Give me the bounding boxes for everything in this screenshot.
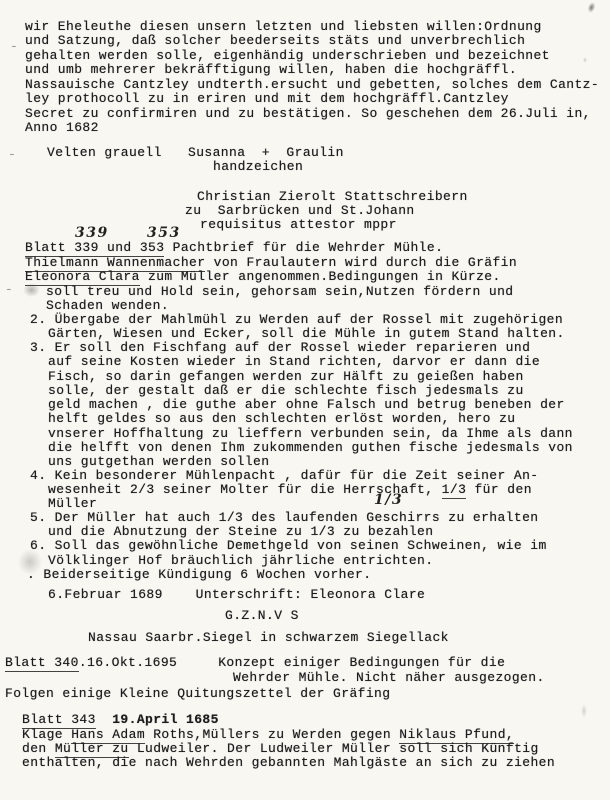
typed-line: G.Z.N.V S bbox=[225, 609, 299, 622]
typed-line: Wehrder Mühle. Nicht näher ausgezogen. bbox=[233, 671, 545, 684]
typed-line: den Müller zu Ludweiler. Der Ludweiler M… bbox=[22, 742, 539, 755]
text-segment: die helfft von denen Ihm zukommenden gut… bbox=[48, 440, 573, 455]
text-segment: requisitus attestor mppr bbox=[200, 217, 397, 232]
typed-line: Anno 1682 bbox=[25, 121, 99, 134]
text-segment: Anno 1682 bbox=[25, 120, 99, 135]
underlined-text: Blatt 340 bbox=[5, 655, 79, 672]
typed-line: zu Sarbrücken und St.Johann bbox=[185, 204, 415, 217]
text-segment: 2. Übergabe der Mahlmühl zu Werden auf d… bbox=[30, 312, 563, 327]
typed-line: und die Abnutzung der Steine zu 1/3 zu b… bbox=[48, 525, 433, 538]
text-segment: soll treu und Hold sein, gehorsam sein,N… bbox=[46, 284, 513, 299]
typed-line: 5. Der Müller hat auch 1/3 des laufenden… bbox=[30, 511, 538, 524]
text-segment: Völklinger Hof bräuchlich jährliche entr… bbox=[48, 553, 433, 568]
text-segment: geld machen , die guthe aber ohne Falsch… bbox=[48, 397, 565, 412]
text-segment: Ludweiler. Der Ludweiler Müller soll sic… bbox=[129, 741, 539, 756]
text-segment: Gärten, Wiesen und Ecker, soll die Mühle… bbox=[48, 326, 565, 341]
text-segment: Secret zu confirmiren und zu bestätigen.… bbox=[25, 106, 591, 121]
text-segment: solle, der gestalt daß er die schlechte … bbox=[48, 383, 524, 398]
text-segment: Velten grauell bbox=[47, 145, 162, 160]
typed-line: vnserer Hoffhaltung zu lieffern verbunde… bbox=[48, 427, 573, 440]
text-segment: 4. Kein besonderer Mühlenpacht , dafür f… bbox=[30, 468, 538, 483]
typed-line: Blatt 340.16.Okt.1695 Konzept einiger Be… bbox=[5, 656, 505, 669]
handwritten-text: 339 bbox=[75, 225, 109, 241]
text-segment: - bbox=[10, 39, 18, 54]
text-segment: Nassauische Cantzley undterth.ersucht un… bbox=[25, 77, 599, 92]
underlined-text: 1/3 bbox=[442, 482, 467, 499]
text-segment: Fisch, so darin gefangen werden zur Hälf… bbox=[48, 369, 524, 384]
text-segment: - bbox=[8, 147, 16, 162]
text-segment: uns gutgethan werden sollen bbox=[48, 454, 269, 469]
handwritten-text: 1/3 bbox=[374, 492, 403, 508]
text-segment: Pachtbrief für die Wehrder Mühle. bbox=[164, 240, 443, 255]
handwritten-annotation: 353 bbox=[147, 227, 181, 240]
typed-line: wesenheit 2/3 seiner Molter für die Herr… bbox=[48, 483, 532, 496]
text-segment: enthalten, die nach Wehrden gebannten Ma… bbox=[22, 755, 555, 770]
typed-line: und umb mehrerer bekräfftigung willen, h… bbox=[25, 63, 517, 76]
typed-line: uns gutgethan werden sollen bbox=[48, 455, 269, 468]
text-segment: von Fraulautern wird durch die Gräfin bbox=[205, 255, 517, 270]
text-segment: und umb mehrerer bekräfftigung willen, h… bbox=[25, 62, 517, 77]
typed-line: - bbox=[10, 40, 18, 53]
text-segment: Roths,Müllers zu Werden gegen bbox=[145, 727, 399, 742]
typed-line: handzeichen bbox=[213, 160, 303, 173]
typed-line: Nassauische Cantzley undterth.ersucht un… bbox=[25, 78, 599, 91]
typed-line: requisitus attestor mppr bbox=[200, 218, 397, 231]
typed-line: Folgen einige Kleine Quitungszettel der … bbox=[5, 687, 390, 700]
typed-line: Völklinger Hof bräuchlich jährliche entr… bbox=[48, 554, 433, 567]
typed-line: Schaden wenden. bbox=[46, 299, 169, 312]
typed-line: auf seine Kosten wieder in Stand richten… bbox=[48, 355, 540, 368]
text-segment: Klage bbox=[22, 727, 71, 742]
typed-line: Christian Zierolt Stattschreibern bbox=[197, 190, 468, 203]
typed-line: ley prothocoll zu in eriren und mit dem … bbox=[25, 92, 509, 105]
text-segment: vnserer Hoffhaltung zu lieffern verbunde… bbox=[48, 426, 573, 441]
typed-line: und Satzung, daß solcher beederseits stä… bbox=[25, 34, 525, 47]
typed-line: Blatt 339 und 353 Pachtbrief für die Weh… bbox=[25, 241, 443, 254]
typed-line: Gärten, Wiesen und Ecker, soll die Mühle… bbox=[48, 327, 565, 340]
text-segment: Susanna + Graulin bbox=[188, 145, 344, 160]
typed-line: wir Eheleuthe diesen unsern letzten und … bbox=[25, 20, 542, 33]
text-segment: Nassau Saarbr.Siegel in schwarzem Siegel… bbox=[88, 630, 449, 645]
handwritten-annotation: 339 bbox=[75, 227, 109, 240]
typed-line: Blatt 343 19.April 1685 bbox=[22, 713, 219, 726]
typed-line: Klage Hans Adam Roths,Müllers zu Werden … bbox=[22, 728, 514, 741]
typed-line: die helfft von denen Ihm zukommenden gut… bbox=[48, 441, 573, 454]
text-segment: Christian Zierolt Stattschreibern bbox=[197, 189, 468, 204]
text-segment: .16.Okt.1695 Konzept einiger Bedingungen… bbox=[79, 655, 505, 670]
text-segment: den bbox=[22, 741, 55, 756]
handwritten-text: 353 bbox=[147, 225, 181, 241]
typed-line: 4. Kein besonderer Mühlenpacht , dafür f… bbox=[30, 469, 538, 482]
text-segment: Folgen einige Kleine Quitungszettel der … bbox=[5, 686, 390, 701]
typed-line: 3. Er soll den Fischfang auf der Rossel … bbox=[30, 341, 530, 354]
ink-blot bbox=[581, 704, 587, 718]
typed-line: Eleonora Clara zum Müller angenommen.Bed… bbox=[25, 270, 501, 283]
text-segment: ley prothocoll zu in eriren und mit dem … bbox=[25, 91, 509, 106]
text-segment: . Beiderseitige Kündigung 6 Wochen vorhe… bbox=[27, 567, 371, 582]
typed-line: Nassau Saarbr.Siegel in schwarzem Siegel… bbox=[88, 631, 449, 644]
document-page: wir Eheleuthe diesen unsern letzten und … bbox=[0, 0, 610, 800]
handwritten-annotation: 1/3 bbox=[374, 494, 403, 507]
text-segment: und die Abnutzung der Steine zu 1/3 zu b… bbox=[48, 524, 433, 539]
text-segment: - bbox=[5, 282, 13, 297]
ink-blot bbox=[586, 1, 596, 14]
typed-line: Fisch, so darin gefangen werden zur Hälf… bbox=[48, 370, 524, 383]
typed-line: geld machen , die guthe aber ohne Falsch… bbox=[48, 398, 565, 411]
typed-line: Müller bbox=[48, 497, 97, 510]
text-segment: Wehrder Mühle. Nicht näher ausgezogen. bbox=[233, 670, 545, 685]
text-segment: 3. Er soll den Fischfang auf der Rossel … bbox=[30, 340, 530, 355]
typed-line: 6. Soll das gewöhnliche Demethgeld von s… bbox=[30, 539, 547, 552]
typed-line: Thielmann Wannenmacher von Fraulautern w… bbox=[25, 256, 517, 269]
text-segment: handzeichen bbox=[213, 159, 303, 174]
typed-line: solle, der gestalt daß er die schlechte … bbox=[48, 384, 524, 397]
ink-blot bbox=[583, 57, 587, 63]
text-segment: 19.April 1685 bbox=[96, 712, 219, 727]
typed-line: - bbox=[8, 148, 16, 161]
typed-line: 6.Februar 1689 Unterschrift: Eleonora Cl… bbox=[48, 588, 425, 601]
typed-line: - bbox=[5, 283, 13, 296]
text-segment: Müller bbox=[48, 496, 97, 511]
typed-line: soll treu und Hold sein, gehorsam sein,N… bbox=[46, 285, 513, 298]
text-segment: zu Sarbrücken und St.Johann bbox=[185, 203, 415, 218]
text-segment: gehalten werden solle, eigenhändig under… bbox=[25, 48, 550, 63]
typed-line: Secret zu confirmiren und zu bestätigen.… bbox=[25, 107, 591, 120]
ink-blot bbox=[18, 549, 42, 575]
text-segment: helft geldes so aus den schlechten erlös… bbox=[48, 411, 515, 426]
typed-line: helft geldes so aus den schlechten erlös… bbox=[48, 412, 515, 425]
text-segment: 6.Februar 1689 Unterschrift: Eleonora Cl… bbox=[48, 587, 425, 602]
text-segment: für den bbox=[466, 482, 532, 497]
typed-line: 2. Übergabe der Mahlmühl zu Werden auf d… bbox=[30, 313, 563, 326]
text-segment: G.Z.N.V S bbox=[225, 608, 299, 623]
typed-line: gehalten werden solle, eigenhändig under… bbox=[25, 49, 550, 62]
typed-line: Velten grauell bbox=[47, 146, 162, 159]
text-segment: 5. Der Müller hat auch 1/3 des laufenden… bbox=[30, 510, 538, 525]
text-segment: auf seine Kosten wieder in Stand richten… bbox=[48, 354, 540, 369]
ink-blot bbox=[23, 283, 40, 297]
text-segment: zum Müller angenommen.Bedingungen in Kür… bbox=[140, 269, 501, 284]
text-segment: Schaden wenden. bbox=[46, 298, 169, 313]
typed-line: Susanna + Graulin bbox=[188, 146, 344, 159]
text-segment: und Satzung, daß solcher beederseits stä… bbox=[25, 33, 525, 48]
typed-line: enthalten, die nach Wehrden gebannten Ma… bbox=[22, 756, 555, 769]
typed-line: . Beiderseitige Kündigung 6 Wochen vorhe… bbox=[27, 568, 371, 581]
text-segment: wir Eheleuthe diesen unsern letzten und … bbox=[25, 19, 542, 34]
text-segment: 6. Soll das gewöhnliche Demethgeld von s… bbox=[30, 538, 547, 553]
